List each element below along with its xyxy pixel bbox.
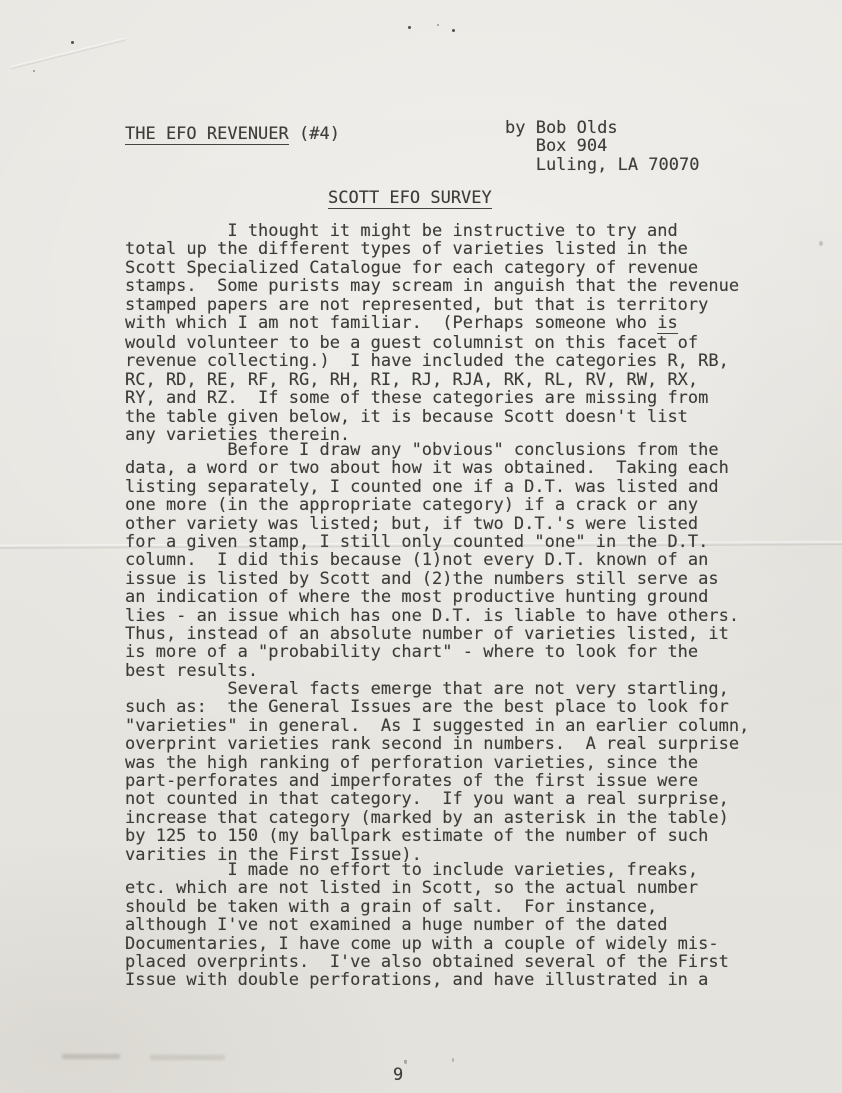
text-line: best results.: [125, 662, 739, 680]
text-line: total up the different types of varietie…: [125, 240, 739, 258]
text-line: Documentaries, I have come up with a cou…: [125, 935, 729, 953]
text-line: Issue with double perforations, and have…: [125, 971, 729, 989]
article-heading: SCOTT EFO SURVEY: [328, 189, 492, 209]
text-line: part-perforates and imperforates of the …: [125, 772, 749, 790]
text-line: etc. which are not listed in Scott, so t…: [125, 879, 729, 897]
text-line: revenue collecting.) I have included the…: [125, 352, 739, 370]
text-line: stamps. Some purists may scream in angui…: [125, 277, 739, 295]
text-line: stamped papers are not represented, but …: [125, 296, 739, 314]
document-header: THE EFO REVENUER (#4): [125, 125, 340, 145]
document-title-issue-number: (#4): [289, 124, 340, 144]
text-line: other variety was listed; but, if two D.…: [125, 515, 739, 533]
text-line: not counted in that category. If you wan…: [125, 790, 749, 808]
text-line: for a given stamp, I still only counted …: [125, 533, 739, 551]
ink-speck: [408, 26, 411, 29]
text-line: is more of a "probability chart" - where…: [125, 643, 739, 661]
text-line: RY, and RZ. If some of these categories …: [125, 389, 739, 407]
text-line: lies - an issue which has one D.T. is li…: [125, 607, 739, 625]
text-line: Before I draw any "obvious" conclusions …: [125, 441, 739, 459]
text-line: RC, RD, RE, RF, RG, RH, RI, RJ, RJA, RK,…: [125, 371, 739, 389]
author-name: by Bob Olds: [505, 119, 699, 137]
author-po-box: Box 904: [505, 137, 699, 155]
text-line: Several facts emerge that are not very s…: [125, 680, 749, 698]
text-line: would volunteer to be a guest columnist …: [125, 334, 739, 352]
text-line: such as: the General Issues are the best…: [125, 698, 749, 716]
text-line: placed overprints. I've also obtained se…: [125, 953, 729, 971]
faint-ghost-smudge: [62, 1054, 120, 1059]
document-title: THE EFO REVENUER: [125, 125, 289, 145]
ink-speck: [33, 70, 35, 72]
text-line: one more (in the appropriate category) i…: [125, 496, 739, 514]
paper-smudge-dot: [819, 241, 823, 246]
text-line: "varieties" in general. As I suggested i…: [125, 717, 749, 735]
text-line: the table given below, it is because Sco…: [125, 408, 739, 426]
paragraph-2: Before I draw any "obvious" conclusions …: [125, 441, 739, 680]
text-line: an indication of where the most producti…: [125, 588, 739, 606]
underlined-word: is: [657, 314, 677, 334]
text-line: data, a word or two about how it was obt…: [125, 459, 739, 477]
text-line: although I've not examined a huge number…: [125, 916, 729, 934]
text-line: I made no effort to include varieties, f…: [125, 861, 729, 879]
text-line: issue is listed by Scott and (2)the numb…: [125, 570, 739, 588]
author-block: by Bob Olds Box 904 Luling, LA 70070: [505, 119, 699, 174]
ink-speck: [437, 24, 439, 26]
paragraph-3: Several facts emerge that are not very s…: [125, 680, 749, 864]
text-line: listing separately, I counted one if a D…: [125, 478, 739, 496]
text-line: increase that category (marked by an ast…: [125, 809, 749, 827]
ink-mark: [452, 1058, 454, 1062]
document-page: THE EFO REVENUER (#4) by Bob Olds Box 90…: [0, 0, 842, 1093]
text-line: column. I did this because (1)not every …: [125, 551, 739, 569]
text-line: should be taken with a grain of salt. Fo…: [125, 898, 729, 916]
paragraph-1: I thought it might be instructive to try…: [125, 222, 739, 444]
text-line: Scott Specialized Catalogue for each cat…: [125, 259, 739, 277]
paper-crease-topleft: [9, 38, 126, 70]
text-line: by 125 to 150 (my ballpark estimate of t…: [125, 827, 749, 845]
ink-speck: [71, 41, 74, 44]
text-line: I thought it might be instructive to try…: [125, 222, 739, 240]
text-line: was the high ranking of perforation vari…: [125, 754, 749, 772]
paragraph-4: I made no effort to include varieties, f…: [125, 861, 729, 990]
text-line: with which I am not familiar. (Perhaps s…: [125, 314, 739, 334]
text-line: Thus, instead of an absolute number of v…: [125, 625, 739, 643]
text-line: overprint varieties rank second in numbe…: [125, 735, 749, 753]
ink-mark: [404, 1060, 407, 1064]
faint-ghost-smudge: [150, 1055, 225, 1060]
author-city-state-zip: Luling, LA 70070: [505, 156, 699, 174]
ink-speck: [452, 29, 455, 32]
page-number: 9: [393, 1066, 403, 1084]
